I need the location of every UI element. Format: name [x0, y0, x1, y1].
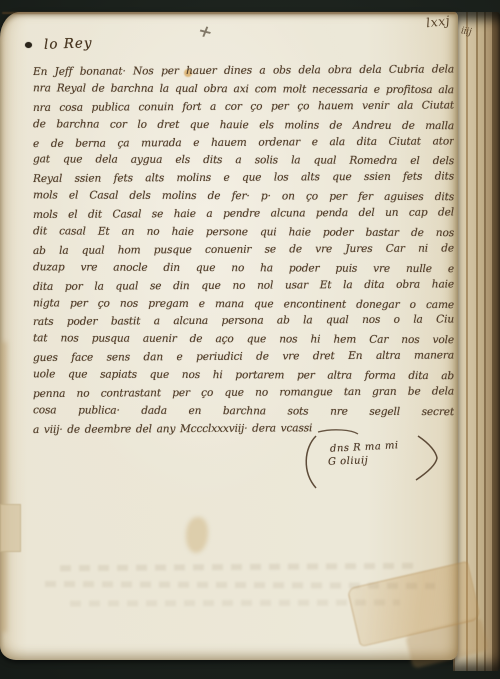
- folio-number: lxxj: [425, 13, 451, 31]
- text-line: nra cosa publica conuin fort a cor ço pe…: [33, 97, 454, 117]
- chancery-note: dns R ma mi G oliuij: [300, 428, 445, 494]
- text-line: de barchna cor lo dret que hauie els mol…: [33, 116, 454, 136]
- heading-lo-rey: lo Rey: [44, 35, 93, 53]
- binding-edge-tint: [0, 342, 7, 632]
- text-line: e de berna ça murada e hauem ordenar e a…: [33, 133, 454, 153]
- faint-stain-center: [186, 517, 208, 553]
- text-line: Reyal ssien fets alts molins e que los a…: [33, 169, 454, 189]
- chancery-note-line2: G oliuij: [328, 455, 369, 467]
- edge-folio-mark: iiij: [460, 25, 472, 37]
- text-line: gues face sens dan e periudici de vre dr…: [33, 348, 454, 368]
- text-line: penna no contrastant per ço que no roman…: [33, 383, 454, 403]
- text-line: rats poder bastit a alcuna persona ab la…: [33, 312, 454, 332]
- text-line: En Jeff bonanat· Nos per hauer dines a o…: [33, 61, 454, 81]
- letter-body: En Jeff bonanat· Nos per hauer dines a o…: [33, 63, 454, 439]
- page-top-edge: [2, 12, 456, 14]
- note-brackets-icon: [300, 428, 445, 494]
- bleedthrough-line: [45, 581, 435, 589]
- manuscript-photo: iiij + lxxj lo Rey En Jeff bonanat· Nos …: [0, 0, 500, 679]
- margin-ink-dot: [25, 42, 32, 48]
- margin-repair-patch: [0, 504, 21, 552]
- text-line: mols el dit Casal se haie a pendre alcun…: [33, 205, 454, 225]
- bleedthrough-line: [60, 563, 420, 572]
- bleedthrough-line: [70, 599, 400, 606]
- text-line: dita por la qual se din que no nol usar …: [33, 276, 454, 296]
- text-line: ab la qual hom pusque conuenir se de vre…: [33, 240, 454, 260]
